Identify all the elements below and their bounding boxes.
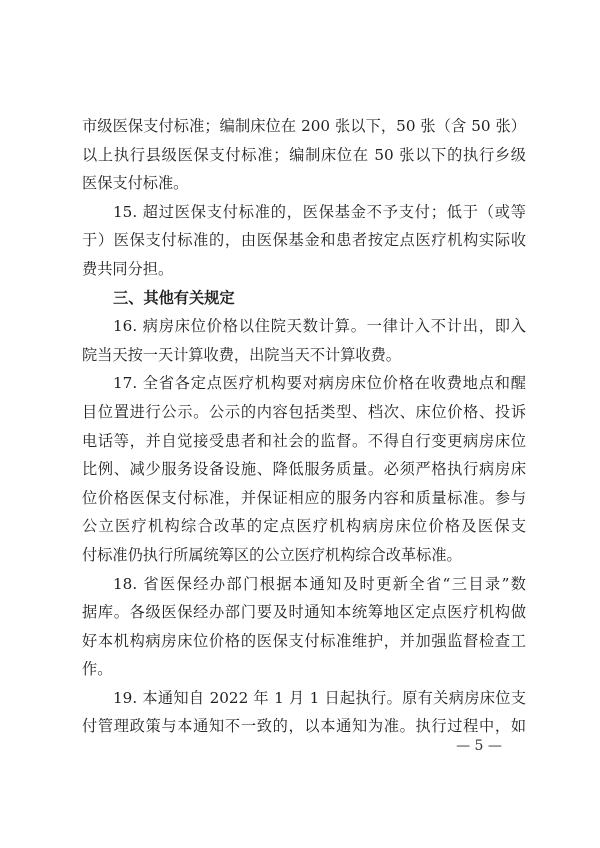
text-line: 电话等，并自觉接受患者和社会的监督。不得自行变更病房床位 (82, 427, 526, 456)
text-line: 费共同分担。 (82, 255, 526, 284)
text-line: 于）医保支付标准的，由医保基金和患者按定点医疗机构实际收 (82, 226, 526, 255)
text-line: 院当天按一天计算收费，出院当天不计算收费。 (82, 341, 526, 370)
text-line: 位价格医保支付标准，并保证相应的服务内容和质量标准。参与 (82, 484, 526, 513)
document-body: 市级医保支付标准；编制床位在 200 张以下，50 张（含 50 张） 以上执行… (82, 112, 526, 741)
paragraph-15-first-line: 15. 超过医保支付标准的，医保基金不予支付；低于（或等 (82, 198, 526, 227)
paragraph-18-first-line: 18. 省医保经办部门根据本通知及时更新全省“三目录”数 (82, 570, 526, 599)
section-heading: 三、其他有关规定 (82, 284, 526, 313)
paragraph-16-first-line: 16. 病房床位价格以住院天数计算。一律计入不计出，即入 (82, 312, 526, 341)
text-line: 目位置进行公示。公示的内容包括类型、档次、床位价格、投诉 (82, 398, 526, 427)
text-line: 作。 (82, 655, 526, 684)
text-line: 市级医保支付标准；编制床位在 200 张以下，50 张（含 50 张） (82, 112, 526, 141)
paragraph-17-first-line: 17. 全省各定点医疗机构要对病房床位价格在收费地点和醒 (82, 369, 526, 398)
paragraph-19-first-line: 19. 本通知自 2022 年 1 月 1 日起执行。原有关病房床位支 (82, 684, 526, 713)
text-line: 好本机构病房床位价格的医保支付标准维护，并加强监督检查工 (82, 627, 526, 656)
text-line: 据库。各级医保经办部门要及时通知本统筹地区定点医疗机构做 (82, 598, 526, 627)
text-line: 公立医疗机构综合改革的定点医疗机构病房床位价格及医保支 (82, 512, 526, 541)
text-line: 付标准仍执行所属统筹区的公立医疗机构综合改革标准。 (82, 541, 526, 570)
page-number: — 5 — (453, 736, 505, 756)
text-line: 以上执行县级医保支付标准；编制床位在 50 张以下的执行乡级 (82, 141, 526, 170)
document-page: 市级医保支付标准；编制床位在 200 张以下，50 张（含 50 张） 以上执行… (0, 0, 600, 848)
text-line: 比例、减少服务设备设施、降低服务质量。必须严格执行病房床 (82, 455, 526, 484)
text-line: 医保支付标准。 (82, 169, 526, 198)
